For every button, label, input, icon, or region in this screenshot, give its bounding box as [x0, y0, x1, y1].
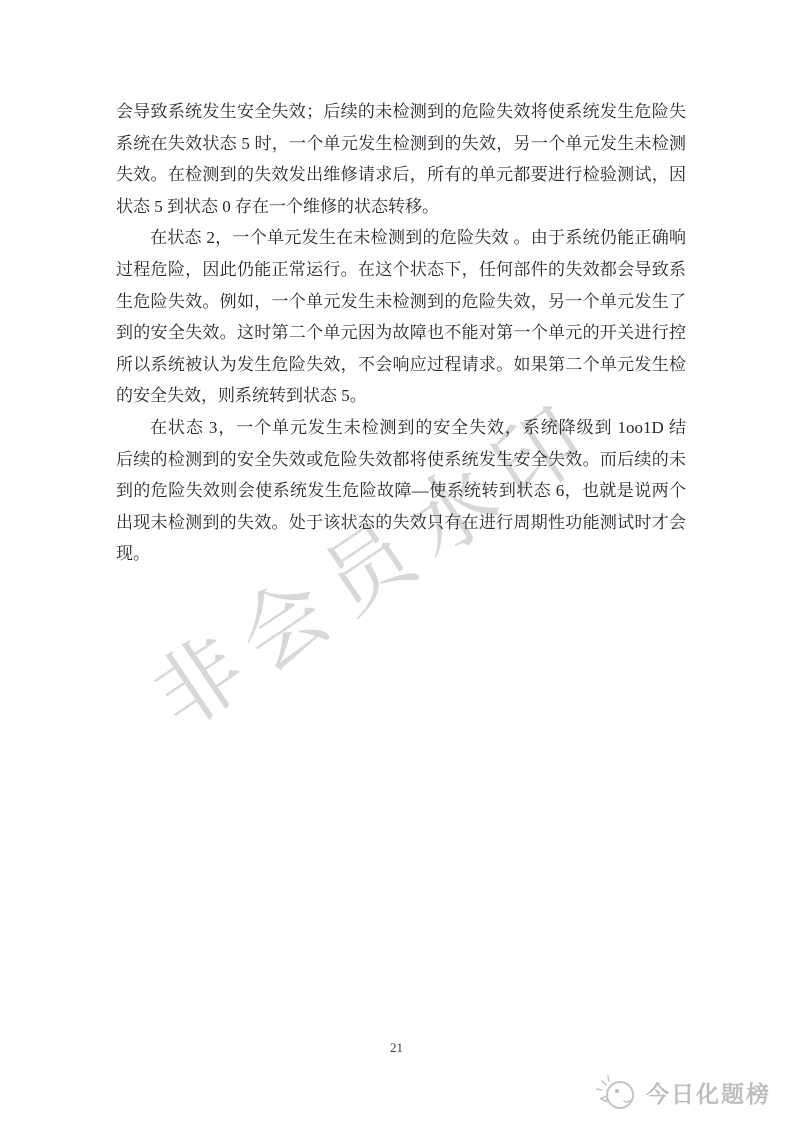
text-line: 的安全失效，则系统转到状态 5。 [116, 380, 686, 412]
text-line: 在状态 2，一个单元发生在未检测到的危险失效 。由于系统仍能正确响应 [116, 222, 686, 254]
text-line: 现。 [116, 538, 686, 570]
text-line: 生危险失效。例如，一个单元发生未检测到的危险失效，另一个单元发生了检测 [116, 286, 686, 318]
text-line: 会导致系统发生安全失效；后续的未检测到的危险失效将使系统发生危险失效。 [116, 96, 686, 128]
brand-name: 今日化题榜 [646, 1076, 771, 1109]
page-number: 21 [0, 1040, 793, 1056]
chick-mascot-icon [593, 1072, 639, 1112]
brand-logo: 今日化题榜 [593, 1072, 771, 1112]
text-line: 到的危险失效则会使系统发生危险故障—使系统转到状态 6，也就是说两个单元 [116, 475, 686, 507]
body-text: 会导致系统发生安全失效；后续的未检测到的危险失效将使系统发生危险失效。系统在失效… [116, 96, 686, 570]
text-line: 系统在失效状态 5 时，一个单元发生检测到的失效，另一个单元发生未检测到的 [116, 128, 686, 160]
text-line: 到的安全失效。这时第二个单元因为故障也不能对第一个单元的开关进行控制， [116, 317, 686, 349]
text-line: 失效。在检测到的失效发出维修请求后，所有的单元都要进行检验测试，因此从 [116, 159, 686, 191]
text-line: 后续的检测到的安全失效或危险失效都将使系统发生安全失效。而后续的未检测 [116, 444, 686, 476]
text-line: 出现未检测到的失效。处于该状态的失效只有在进行周期性功能测试时才会被发 [116, 507, 686, 539]
document-page: 非会员水印 会导致系统发生安全失效；后续的未检测到的危险失效将使系统发生危险失效… [0, 0, 793, 1122]
text-line: 过程危险，因此仍能正常运行。在这个状态下，任何部件的失效都会导致系统发 [116, 254, 686, 286]
text-line: 所以系统被认为发生危险失效，不会响应过程请求。如果第二个单元发生检测到 [116, 349, 686, 381]
text-line: 状态 5 到状态 0 存在一个维修的状态转移。 [116, 191, 686, 223]
text-line: 在状态 3，一个单元发生未检测到的安全失效，系统降级到 1oo1D 结构。 [116, 412, 686, 444]
